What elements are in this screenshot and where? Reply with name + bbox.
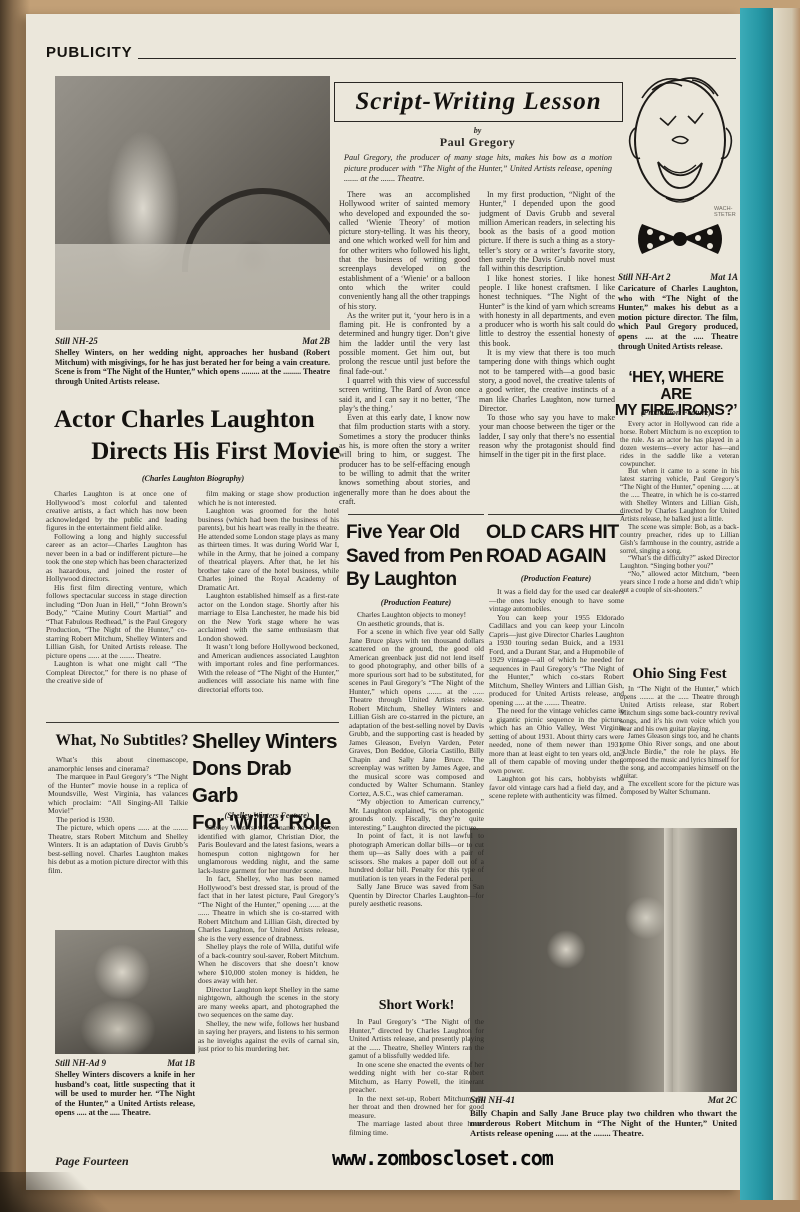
photo3-caption: Billy Chapin and Sally Jane Bruce play t… — [470, 1108, 737, 1138]
paragraph: There was an accomplished Hollywood writ… — [339, 190, 470, 311]
paragraph: film making or stage show production in … — [198, 490, 339, 507]
mat-number: Mat 2C — [708, 1096, 737, 1106]
paragraph: As the writer put it, ‘your hero is in a… — [339, 311, 470, 376]
mat-number: Mat 1B — [167, 1058, 195, 1068]
caricature-svg: WACH- STETER — [622, 62, 740, 268]
paragraph: Sally Jane Bruce was saved from San Quen… — [349, 883, 484, 909]
paragraph: Following a long and highly successful c… — [46, 533, 187, 584]
column-top-rule — [348, 514, 484, 515]
paragraph: Every actor in Hollywood can ride a hors… — [620, 421, 739, 468]
script-lesson-title-box: Script-Writing Lesson — [334, 82, 623, 122]
book-cover-teal-edge — [740, 8, 773, 1200]
column-top-rule — [488, 514, 624, 515]
mat-number: Mat 2B — [302, 336, 330, 346]
subtitles-text: What’s this about cinemascope, anamorphi… — [48, 756, 188, 928]
paragraph: In my first production, “Night of the Hu… — [479, 190, 615, 274]
paragraph: Charles Laughton is at once one of Holly… — [46, 490, 187, 533]
paragraph: It wasn’t long before Hollywood beckoned… — [198, 643, 339, 694]
publicity-label: PUBLICITY — [46, 44, 132, 61]
blanket-shape — [55, 244, 330, 330]
paragraph: Shelley Winters, whose name has long bee… — [198, 824, 339, 875]
still-number: Still NH-Art 2 — [618, 272, 671, 282]
script-lesson-column-2: In my first production, “Night of the Hu… — [479, 190, 615, 508]
staircase-baluster-shape — [664, 828, 673, 1092]
svg-text:STETER: STETER — [714, 212, 736, 218]
byline-by: by — [334, 126, 621, 135]
paragraph: Director Laughton kept Shelley in the sa… — [198, 986, 339, 1020]
header-rule — [138, 58, 736, 59]
five-year-old-feature-tag: (Production Feature) — [346, 598, 486, 607]
paragraph: I quarrel with this view of successful s… — [339, 376, 470, 413]
script-lesson-title: Script-Writing Lesson — [355, 88, 601, 116]
ohio-sing-fest-headline: Ohio Sing Fest — [620, 666, 739, 683]
caricature-still-line: Still NH-Art 2 Mat 1A — [618, 272, 738, 282]
paragraph: The need for the vintage vehicles came i… — [489, 707, 624, 775]
pressbook-page: PUBLICITY Still NH-25 Mat 2B Shelley Win… — [26, 14, 740, 1190]
shelley-feature-tag: (Shelley Winters Feature) — [192, 811, 342, 820]
caricature-caption: Caricature of Charles Laughton, who with… — [618, 284, 738, 366]
paragraph: Shelley plays the role of Willa, dutiful… — [198, 943, 339, 986]
paragraph: What’s this about cinemascope, anamorphi… — [48, 756, 188, 773]
paragraph: It is my view that there is too much tam… — [479, 348, 615, 413]
laughton-bio-feature-tag: (Charles Laughton Biography) — [46, 474, 340, 483]
shelley-text: Shelley Winters, whose name has long bee… — [198, 824, 339, 1160]
paragraph: In Paul Gregory’s “The Night of the Hunt… — [349, 1018, 484, 1061]
still-number: Still NH-Ad 9 — [55, 1058, 106, 1068]
page-number: Page Fourteen — [55, 1154, 129, 1169]
photo3-still-line: Still NH-41 Mat 2C — [470, 1096, 737, 1106]
byline-name: Paul Gregory — [334, 135, 621, 150]
paragraph: You can keep your 1955 Eldorado Cadillac… — [489, 614, 624, 708]
five-year-old-text: Charles Laughton objects to money!On aes… — [349, 611, 484, 991]
photo1-still-line: Still NH-25 Mat 2B — [55, 336, 330, 346]
paragraph: To those who say you have to make your m… — [479, 413, 615, 459]
paragraph: “What’s the difficulty?” asked Director … — [620, 555, 739, 571]
paragraph: Laughton established himself as a first-… — [198, 592, 339, 643]
photo2-still-line: Still NH-Ad 9 Mat 1B — [55, 1058, 195, 1068]
paragraph: Shelley, the new wife, follows her husba… — [198, 1020, 339, 1054]
paragraph: In fact, Shelley, who has been named Hol… — [198, 875, 339, 943]
laughton-bio-column-2: film making or stage show production in … — [198, 490, 339, 718]
paragraph: The picture, which opens ...... at the .… — [48, 824, 188, 875]
paragraph: James Gleason sings too, and he chants s… — [620, 733, 739, 780]
short-work-text: In Paul Gregory’s “The Night of the Hunt… — [349, 1018, 484, 1154]
old-cars-text: It was a field day for the used car deal… — [489, 588, 624, 822]
paragraph: The scene was simple: Bob, as a back-cou… — [620, 524, 739, 556]
paragraph: In “The Night of the Hunter,” which open… — [620, 686, 739, 733]
paragraph: For a scene in which five year old Sally… — [349, 628, 484, 798]
paragraph: “My objection to American currency,” Mr.… — [349, 798, 484, 832]
book-page-edges — [773, 8, 800, 1200]
laughton-bio-headline: Actor Charles Laughton Directs His First… — [46, 404, 340, 468]
old-cars-headline: OLD CARS HIT ROAD AGAIN — [486, 521, 626, 568]
paragraph: In the next set-up, Robert Mitchum slit … — [349, 1095, 484, 1121]
paragraph: Even at this early date, I know now that… — [339, 413, 470, 506]
laughton-caricature-drawing: WACH- STETER — [622, 62, 740, 268]
five-year-old-headline: Five Year Old Saved from Pen By Laughton — [346, 521, 486, 592]
photo2-caption: Shelley Winters discovers a knife in her… — [55, 1070, 195, 1140]
paragraph: In one scene she enacted the events of h… — [349, 1061, 484, 1095]
paragraph: The marriage lasted about three hours fi… — [349, 1120, 484, 1137]
paragraph: “No,” allowed actor Mitchum, “been years… — [620, 571, 739, 595]
paragraph: Laughton was groomed for the hotel busin… — [198, 507, 339, 592]
paragraph: It was a field day for the used car deal… — [489, 588, 624, 614]
paragraph: But when it came to a scene in his lates… — [620, 468, 739, 523]
paragraph: Laughton got his cars, hobbyists who fav… — [489, 775, 624, 801]
watermark-text: www.zomboscloset.com — [332, 1146, 553, 1170]
paragraph: Laughton is what one might call “The Com… — [46, 660, 187, 686]
bottom-left-shadow — [0, 1172, 120, 1212]
paragraph: I like honest stories. I like honest peo… — [479, 274, 615, 348]
photo-still-nh-41 — [470, 828, 737, 1092]
fire-irons-feature-tag: (Production Feature) — [612, 408, 740, 417]
mat-number: Mat 1A — [710, 272, 738, 282]
photo-still-nh-ad-9 — [55, 930, 195, 1054]
short-work-headline: Short Work! — [349, 998, 484, 1014]
fire-irons-text: Every actor in Hollywood can ride a hors… — [620, 421, 739, 659]
still-number: Still NH-25 — [55, 336, 98, 346]
paragraph: His first film directing venture, which … — [46, 584, 187, 661]
paragraph: The excellent score for the picture was … — [620, 781, 739, 797]
paragraph: The marquee in Paul Gregory’s “The Night… — [48, 773, 188, 816]
old-cars-feature-tag: (Production Feature) — [486, 574, 626, 583]
ohio-sing-fest-text: In “The Night of the Hunter,” which open… — [620, 686, 739, 824]
photo-still-nh-25 — [55, 76, 330, 330]
script-lesson-column-1: There was an accomplished Hollywood writ… — [339, 190, 470, 508]
laughton-bio-column-1: Charles Laughton is at once one of Holly… — [46, 490, 187, 718]
script-lesson-intro: Paul Gregory, the producer of many stage… — [344, 153, 612, 185]
paragraph: In point of fact, it is not lawful to ph… — [349, 832, 484, 883]
section-divider-rule — [46, 722, 339, 723]
publicity-header: PUBLICITY — [46, 44, 736, 61]
photo1-caption: Shelley Winters, on her wedding night, a… — [55, 348, 330, 402]
subtitles-headline: What, No Subtitles? — [46, 732, 198, 750]
